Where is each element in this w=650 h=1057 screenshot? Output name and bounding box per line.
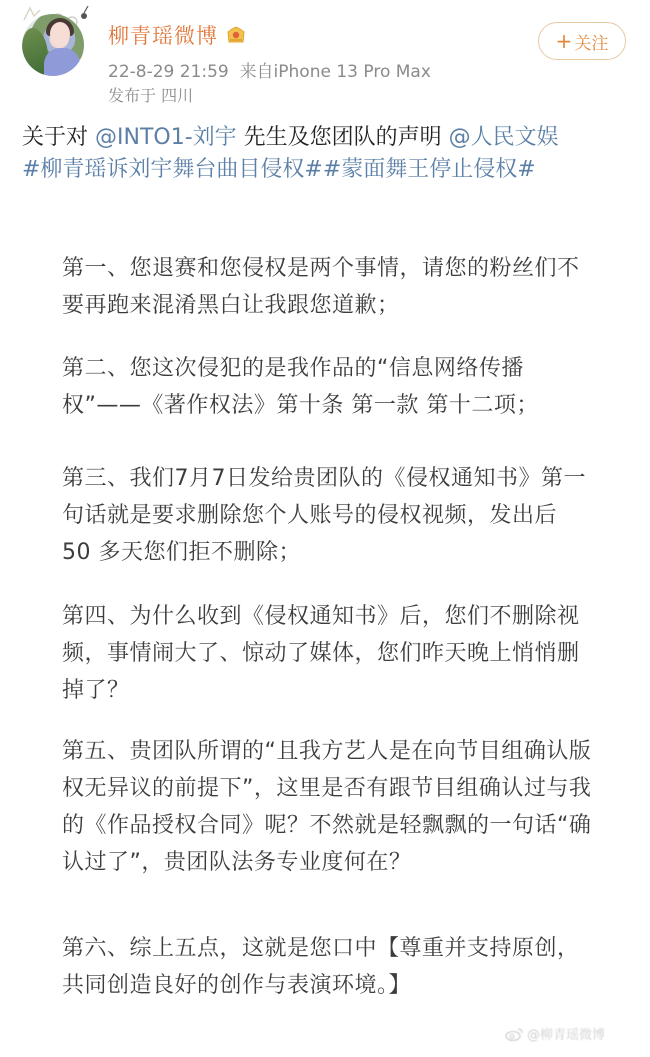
watermark-text: @柳青瑶微博 (527, 1024, 605, 1043)
post-meta: 22-8-29 21:59 来自iPhone 13 Pro Max (108, 57, 431, 82)
post-text-middle: 先生及您团队的声明 (237, 125, 442, 150)
post-timestamp: 22-8-29 21:59 (108, 62, 229, 82)
follow-label: 关注 (574, 29, 608, 54)
weibo-logo-icon (505, 1027, 523, 1041)
username[interactable]: 柳青瑶微博 (108, 20, 218, 50)
statement-paragraph-3: 第三、我们7月7日发给贵团队的《侵权通知书》第一句话就是要求删除您个人账号的侵权… (62, 460, 592, 571)
username-row: 柳青瑶微博 (108, 20, 246, 50)
hashtag-masked-dance-king[interactable]: #蒙面舞王停止侵权# (323, 157, 536, 182)
post-text-prefix: 关于对 (22, 125, 95, 150)
weibo-watermark: @柳青瑶微博 (505, 1024, 605, 1043)
statement-paragraph-2: 第二、您这次侵犯的是我作品的“信息网络传播权”——《著作权法》第十条 第一款 第… (62, 350, 592, 424)
post-text: 关于对 @INTO1-刘宇 先生及您团队的声明 @人民文娱 #柳青瑶诉刘宇舞台曲… (22, 122, 637, 186)
post-location: 发布于 四川 (108, 83, 193, 106)
statement-paragraph-4: 第四、为什么收到《侵权通知书》后，您们不删除视频，事情闹大了、惊动了媒体，您们昨… (62, 598, 592, 709)
gold-crown-badge-icon (226, 26, 246, 44)
post-header: 柳青瑶微博 22-8-29 21:59 来自iPhone 13 Pro Max … (0, 0, 650, 110)
statement-paragraph-1: 第一、您退赛和您侵权是两个事情，请您的粉丝们不要再跑来混淆黑白让我跟您道歉； (62, 250, 592, 324)
statement-paragraph-6: 第六、综上五点，这就是您口中【尊重并支持原创，共同创造良好的创作与表演环境。】 (62, 930, 592, 1004)
mention-into1-liuyu[interactable]: @INTO1-刘宇 (95, 125, 237, 150)
hashtag-infringement[interactable]: #柳青瑶诉刘宇舞台曲目侵权# (22, 157, 323, 182)
mention-renmin-wenyu[interactable]: @人民文娱 (449, 125, 559, 150)
statement-paragraph-5: 第五、贵团队所谓的“且我方艺人是在向节目组确认版权无异议的前提下”，这里是否有跟… (62, 733, 592, 881)
plus-icon: + (556, 31, 573, 51)
follow-button[interactable]: + 关注 (538, 22, 626, 60)
avatar[interactable] (22, 14, 84, 76)
post-source: 来自iPhone 13 Pro Max (240, 62, 431, 82)
